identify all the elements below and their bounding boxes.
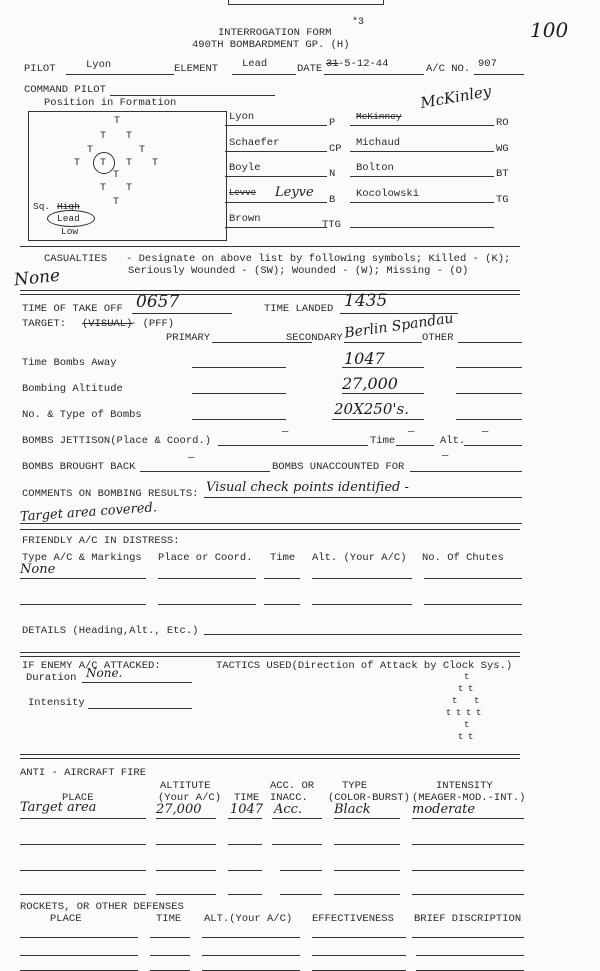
unaccounted-value: — — [442, 450, 448, 462]
attack-marker: t — [476, 708, 481, 718]
comments-line1: Visual check points identified - — [206, 480, 409, 495]
flak-row-2[interactable] — [20, 830, 146, 845]
rockets-time-field[interactable] — [150, 925, 190, 938]
bomb-row-label: Bombing Altitude — [22, 383, 123, 395]
formation-ship: T — [100, 183, 106, 194]
friendly-header: Time — [270, 552, 295, 564]
other-target-field[interactable] — [458, 330, 522, 343]
squadron-label: Sq. — [33, 201, 50, 212]
crew-role: TTG — [322, 219, 341, 231]
secondary-target-field[interactable]: Berlin Spandau — [344, 330, 422, 343]
flak-row-3[interactable] — [20, 856, 146, 871]
bomb-row-label: No. & Type of Bombs — [22, 409, 142, 421]
crew-role: N — [329, 168, 335, 180]
formation-ship: T — [87, 145, 93, 156]
bomb-row-label: Time Bombs Away — [22, 357, 117, 369]
bomb-row-other[interactable] — [456, 380, 522, 394]
jettison-field[interactable]: — — [218, 432, 368, 446]
target-visual-struck: (VISUAL) — [82, 318, 132, 330]
flak-alt-field[interactable]: 27,000 — [156, 804, 216, 819]
flak-value: moderate — [412, 802, 475, 817]
takeoff-field[interactable]: 0657 — [132, 294, 232, 314]
bomb-row-secondary[interactable]: 27,000 — [342, 380, 424, 394]
flak-value: 27,000 — [156, 802, 202, 817]
crew-wg-field[interactable]: Michaud — [350, 136, 494, 152]
crew-pilot-field[interactable]: Lyon — [225, 110, 327, 126]
rockets-effect-field-2[interactable] — [312, 943, 406, 956]
rockets-header: PLACE — [50, 913, 82, 925]
crew-role: TG — [496, 194, 509, 206]
divider — [20, 246, 520, 247]
friendly-alt-field-2[interactable] — [312, 590, 412, 605]
flak-row-4[interactable] — [412, 880, 524, 895]
formation-ship: T — [139, 145, 145, 156]
flak-value: Black — [334, 802, 371, 817]
bomb-row-secondary[interactable]: 1047 — [342, 354, 424, 368]
crew-role: B — [329, 194, 335, 206]
jettison-time-field[interactable]: — — [396, 432, 434, 446]
flak-row-4[interactable] — [156, 880, 216, 895]
target-label: TARGET: — [22, 318, 66, 330]
formation-ship: T — [152, 158, 158, 169]
pilot-value: Lyon — [86, 59, 111, 71]
formation-ship: T — [126, 131, 132, 142]
formation-diagram: T T T T T T T T T T T T T Sq. High Lead … — [28, 111, 227, 241]
crew-navigator-field[interactable]: Boyle — [225, 161, 327, 177]
page-number: 100 — [530, 18, 568, 42]
ac-no-label: A/C NO. — [426, 63, 470, 75]
bomb-row-value: 1047 — [344, 349, 385, 368]
formation-ship: T — [113, 170, 119, 181]
friendly-chutes-field[interactable] — [424, 564, 522, 579]
unaccounted-label: BOMBS UNACCOUNTED FOR — [272, 461, 404, 473]
duration-value: None. — [86, 666, 122, 680]
crew-role: RO — [496, 117, 509, 129]
crew-role: P — [329, 117, 335, 129]
unaccounted-field[interactable]: — — [410, 458, 522, 472]
crew-copilot-field[interactable]: Schaefer — [225, 136, 327, 152]
friendly-place-field[interactable] — [158, 564, 256, 579]
jettison-time-value: — — [408, 426, 414, 438]
rockets-header: EFFECTIVENESS — [312, 913, 394, 925]
duration-label: Duration — [26, 672, 76, 684]
jettison-alt-label: Alt. — [440, 435, 465, 447]
ac-no-value: 907 — [478, 58, 497, 70]
element-label: ELEMENT — [174, 63, 218, 75]
crew-name: Schaefer — [229, 137, 279, 149]
rockets-header: ALT.(Your A/C) — [204, 913, 292, 925]
friendly-header: Alt. (Your A/C) — [312, 552, 407, 564]
flak-row-2[interactable] — [272, 830, 322, 845]
form-subtitle: 490TH BOMBARDMENT GP. (H) — [192, 39, 350, 51]
bomb-row-primary[interactable] — [192, 380, 286, 394]
friendly-label: FRIENDLY A/C IN DISTRESS: — [22, 535, 180, 547]
formation-ship: T — [100, 158, 106, 169]
crew-role: CP — [329, 143, 342, 155]
crew-role: BT — [496, 168, 509, 180]
flak-time-field[interactable]: 1047 — [228, 804, 262, 819]
date-struck: 31 — [326, 58, 339, 70]
attack-marker: t — [464, 672, 469, 682]
flak-label: ANTI - AIRCRAFT FIRE — [20, 767, 146, 779]
rockets-alt-field-2[interactable] — [202, 943, 300, 956]
rockets-desc-field[interactable] — [412, 925, 524, 938]
intensity-label: Intensity — [28, 697, 85, 709]
rockets-label: ROCKETS, OR OTHER DEFENSES — [20, 901, 184, 913]
flak-row-3[interactable] — [280, 856, 322, 871]
crew-name-struck: Levve — [229, 188, 256, 198]
friendly-time-field[interactable] — [264, 564, 300, 579]
rockets-alt-field[interactable] — [202, 925, 300, 938]
rockets-desc-field-3[interactable] — [416, 960, 524, 971]
formation-ship: T — [113, 197, 119, 208]
flak-row-4[interactable] — [280, 880, 322, 895]
bomb-row-primary[interactable] — [192, 406, 286, 420]
flak-row-2[interactable] — [156, 830, 216, 845]
details-label: DETAILS (Heading,Alt., Etc.) — [22, 625, 198, 637]
attack-marker: t — [468, 732, 473, 742]
formation-ship: T — [100, 131, 106, 142]
flak-value: Target area — [20, 800, 96, 815]
details-field[interactable] — [204, 620, 522, 635]
command-pilot-field[interactable] — [110, 80, 275, 96]
attack-marker: t — [466, 708, 471, 718]
bomb-row-other[interactable] — [456, 354, 522, 368]
crew-extra-field[interactable] — [350, 212, 494, 228]
takeoff-value: 0657 — [136, 292, 179, 312]
formation-ship: T — [126, 183, 132, 194]
casualties-instructions-2: Seriously Wounded - (SW); Wounded - (W);… — [128, 265, 468, 277]
crew-bt-field[interactable]: Bolton — [350, 161, 494, 177]
formation-ship: T — [114, 116, 120, 127]
comments-line2: Target area covered. — [20, 500, 158, 525]
element-value: Lead — [242, 58, 267, 70]
ac-no-field[interactable]: 907 — [474, 58, 524, 75]
rockets-effect-field[interactable] — [312, 925, 406, 938]
takeoff-label: TIME OF TAKE OFF — [22, 303, 123, 315]
jettison-time-label: Time — [370, 435, 395, 447]
rockets-desc-field-2[interactable] — [416, 943, 524, 956]
crew-bombardier-field[interactable]: Levve Leyve — [225, 187, 327, 203]
brought-back-label: BOMBS BROUGHT BACK — [22, 461, 135, 473]
friendly-time-field-2[interactable] — [264, 590, 300, 605]
rockets-place-field-2[interactable] — [20, 943, 138, 956]
landed-value: 1435 — [344, 291, 387, 311]
flak-row-3[interactable] — [228, 856, 262, 871]
crew-ttg-field[interactable]: Brown — [225, 212, 327, 228]
casualties-instructions: - Designate on above list by following s… — [126, 253, 510, 265]
friendly-header: No. Of Chutes — [422, 552, 504, 564]
rockets-effect-field-3[interactable] — [312, 960, 406, 971]
flak-row-4[interactable] — [334, 880, 400, 895]
friendly-type-field-2[interactable] — [20, 590, 146, 605]
flak-row-4[interactable] — [228, 880, 262, 895]
secondary-label: SECONDARY — [286, 332, 343, 344]
flak-header-top: INTENSITY — [436, 780, 493, 792]
rockets-header: TIME — [156, 913, 181, 925]
friendly-chutes-field-2[interactable] — [424, 590, 522, 605]
date-label: DATE — [297, 63, 322, 75]
crew-name-correction: Leyve — [275, 185, 314, 200]
duration-field[interactable]: None. — [82, 668, 192, 683]
flak-intensity-field[interactable]: moderate — [412, 804, 524, 819]
jettison-alt-value: — — [482, 426, 488, 438]
divider-double — [20, 754, 520, 759]
flak-value: Acc. — [274, 802, 302, 817]
flak-type-field[interactable]: Black — [334, 804, 400, 819]
attack-marker: t — [446, 708, 451, 718]
brought-back-value: — — [188, 452, 194, 464]
divider-double — [20, 652, 520, 657]
flak-row-2[interactable] — [228, 830, 262, 845]
formation-label: Position in Formation — [44, 97, 176, 109]
jettison-alt-field[interactable]: — — [464, 432, 522, 446]
attack-marker: t — [468, 684, 473, 694]
rockets-time-field-3[interactable] — [150, 960, 190, 971]
rockets-place-field[interactable] — [20, 925, 138, 938]
rockets-place-field-3[interactable] — [20, 960, 138, 971]
rockets-time-field-2[interactable] — [150, 943, 190, 956]
flak-row-2[interactable] — [334, 830, 400, 845]
comments-field-line1[interactable]: Visual check points identified - — [204, 482, 522, 498]
flak-row-3[interactable] — [156, 856, 216, 871]
jettison-label: BOMBS JETTISON(Place & Coord.) — [22, 435, 211, 447]
tactics-label: TACTICS USED(Direction of Attack by Cloc… — [216, 660, 512, 672]
crew-ro-field[interactable]: McKinney — [350, 110, 494, 126]
formation-ship: T — [74, 158, 80, 169]
crew-tg-field[interactable]: Kocolowski — [350, 187, 494, 203]
crew-name: Kocolowski — [356, 188, 419, 200]
crew-name-struck: McKinney — [356, 111, 402, 122]
date-value: -5-12-44 — [338, 58, 388, 70]
formation-ship: T — [126, 158, 132, 169]
squadron-low[interactable]: Low — [61, 226, 78, 237]
friendly-type-field[interactable]: None — [20, 564, 146, 579]
target-mode: - (PFF) — [130, 318, 174, 330]
attack-marker: t — [452, 696, 457, 706]
landed-label: TIME LANDED — [264, 303, 333, 315]
date-field[interactable]: 31 -5-12-44 — [324, 58, 424, 75]
intensity-field[interactable] — [88, 694, 192, 709]
friendly-alt-field[interactable] — [312, 564, 412, 579]
flak-place-field[interactable]: Target area — [20, 804, 146, 819]
crew-name: Boyle — [229, 162, 261, 174]
flak-row-2[interactable] — [412, 830, 524, 845]
crew-correction-mckinley: McKinley — [419, 82, 493, 112]
flak-header-top: ALTITUTE — [160, 780, 210, 792]
flak-acc-field[interactable]: Acc. — [272, 804, 322, 819]
bomb-row-value: 20X250's. — [334, 400, 409, 418]
brought-back-field[interactable]: — — [140, 458, 270, 472]
crew-name: Lyon — [229, 111, 254, 123]
divider — [20, 529, 520, 530]
other-label: OTHER — [422, 332, 454, 344]
pilot-field[interactable]: Lyon — [66, 58, 174, 75]
stamp-mark: *3 — [352, 17, 364, 28]
flak-row-4[interactable] — [20, 880, 146, 895]
tactics-diagram: t t t t t t t t t t t t — [440, 672, 500, 752]
attack-marker: t — [464, 720, 469, 730]
casualties-label: CASUALTIES — [44, 253, 107, 265]
flak-row-3[interactable] — [334, 856, 400, 871]
form-title: INTERROGATION FORM — [218, 27, 331, 39]
command-pilot-label: COMMAND PILOT — [24, 84, 106, 96]
rockets-header: BRIEF DISCRIPTION — [414, 913, 521, 925]
scan-artifact-box — [228, 0, 384, 5]
crew-name: Bolton — [356, 162, 394, 174]
bomb-row-value: 27,000 — [342, 374, 398, 393]
attack-marker: t — [474, 696, 479, 706]
friendly-value: None — [20, 562, 55, 577]
attack-marker: t — [458, 684, 463, 694]
flak-header-top: TYPE — [342, 780, 367, 792]
bomb-row-other[interactable] — [456, 406, 522, 420]
bomb-row-secondary[interactable]: 20X250's. — [332, 406, 424, 420]
attack-marker: t — [456, 708, 461, 718]
squadron-lead-circle — [47, 210, 95, 227]
friendly-place-field-2[interactable] — [158, 590, 256, 605]
attack-marker: t — [458, 732, 463, 742]
element-field[interactable]: Lead — [232, 58, 296, 75]
pilot-label: PILOT — [24, 63, 56, 75]
primary-label: PRIMARY — [166, 332, 210, 344]
crew-role: WG — [496, 143, 509, 155]
bomb-row-primary[interactable] — [192, 354, 286, 368]
comments-label: COMMENTS ON BOMBING RESULTS: — [22, 488, 198, 500]
flak-header-top: ACC. OR — [270, 780, 314, 792]
crew-name: Brown — [229, 213, 261, 225]
jettison-value: — — [282, 426, 288, 438]
comments-field-line2[interactable]: Target area covered. — [20, 505, 522, 524]
flak-row-3[interactable] — [412, 856, 524, 871]
flak-value: 1047 — [230, 802, 263, 817]
crew-name: Michaud — [356, 137, 400, 149]
friendly-header: Place or Coord. — [158, 552, 253, 564]
rockets-alt-field-3[interactable] — [202, 960, 300, 971]
casualties-value[interactable]: None — [13, 266, 61, 291]
